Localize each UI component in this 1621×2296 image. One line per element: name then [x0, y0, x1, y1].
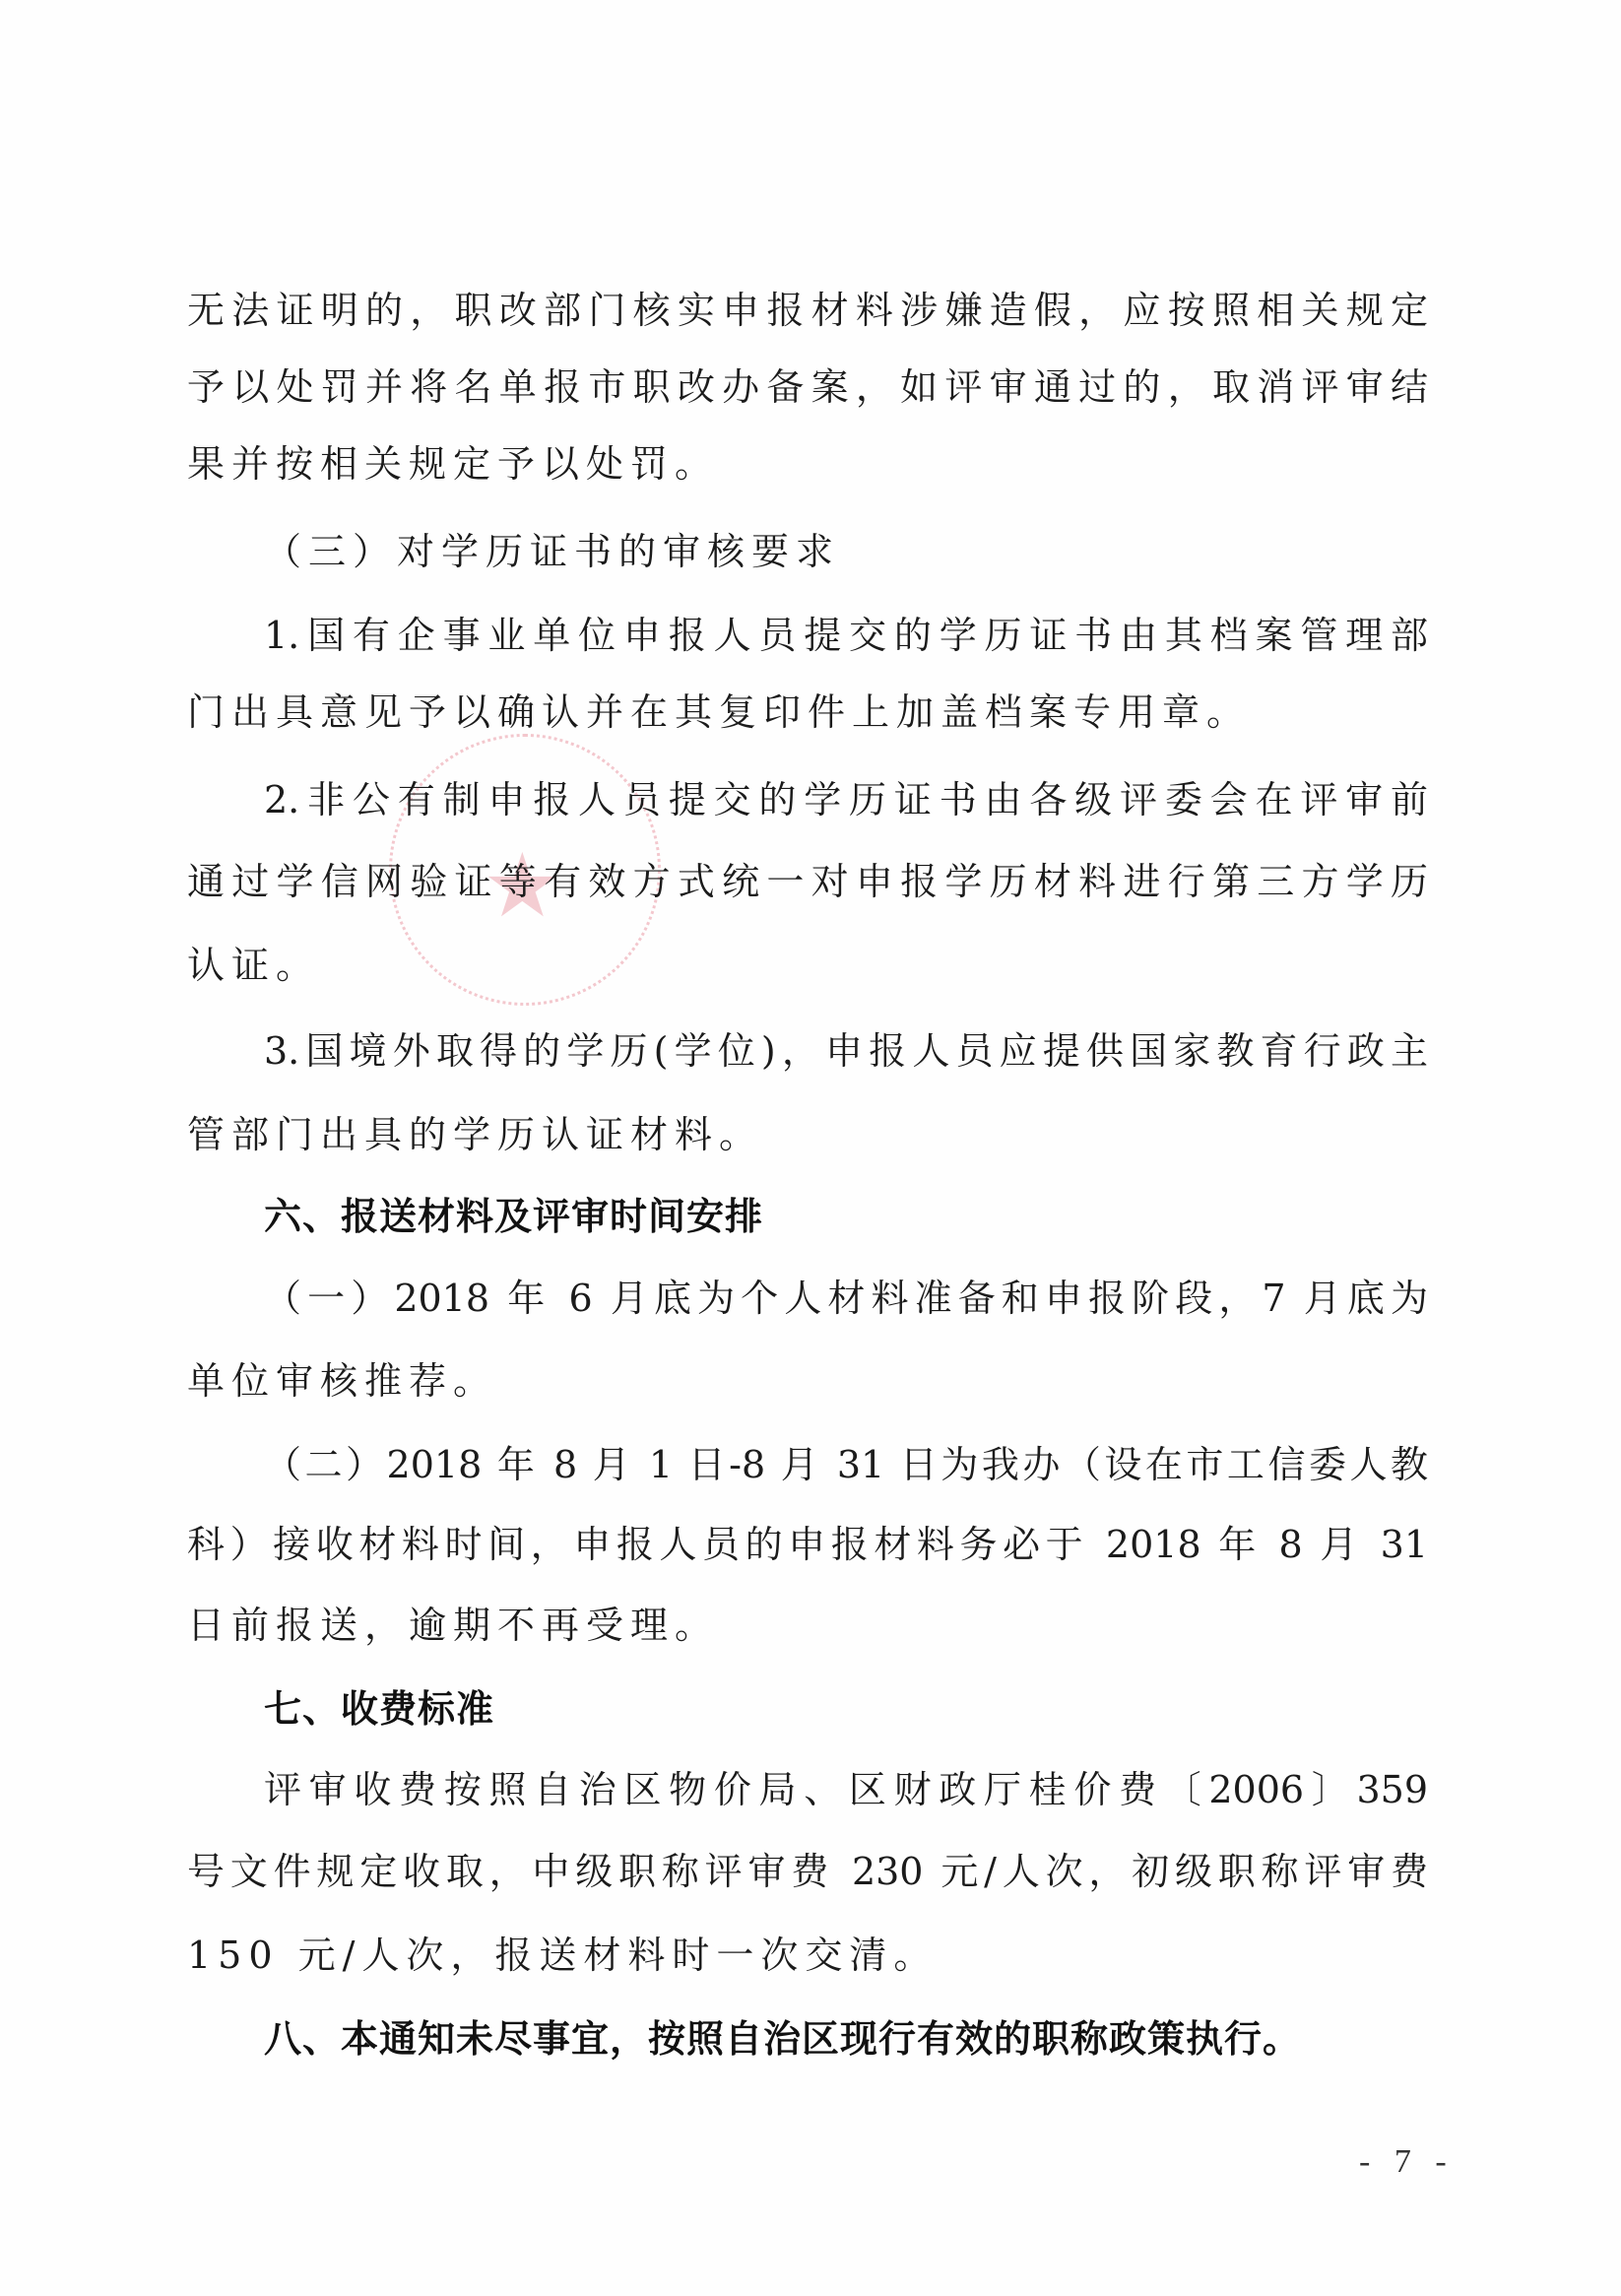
- body-text-line: 无法证明的，职改部门核实申报材料涉嫌造假，应按照相关规定: [187, 286, 1428, 335]
- section-heading-8: 八、本通知未尽事宜，按照自治区现行有效的职称政策执行。: [264, 2014, 1465, 2064]
- body-text-line: 予以处罚并将名单报市职改办备案，如评审通过的，取消评审结: [187, 362, 1428, 412]
- list-item-2-line: 通过学信网验证等有效方式统一对申报学历材料进行第三方学历: [187, 857, 1428, 906]
- schedule-item-2-line: （二）2018 年 8 月 1 日-8 月 31 日为我办（设在市工信委人教: [264, 1440, 1428, 1489]
- section-heading-6: 六、报送材料及评审时间安排: [264, 1192, 1428, 1241]
- list-item-1-line: 1.国有企事业单位申报人员提交的学历证书由其档案管理部: [264, 611, 1428, 660]
- section-heading-7: 七、收费标准: [264, 1684, 1428, 1734]
- body-text-line: 果并按相关规定予以处罚。: [187, 439, 1428, 489]
- schedule-item-2-line: 日前报送，逾期不再受理。: [187, 1601, 1428, 1650]
- schedule-item-1-line: 单位审核推荐。: [187, 1356, 1428, 1406]
- list-item-3-line: 3.国境外取得的学历(学位)，申报人员应提供国家教育行政主: [264, 1026, 1428, 1076]
- list-item-3-line: 管部门出具的学历认证材料。: [187, 1110, 1428, 1159]
- fee-text-line: 评审收费按照自治区物价局、区财政厅桂价费〔2006〕359: [264, 1765, 1428, 1814]
- document-page: ★ 无法证明的，职改部门核实申报材料涉嫌造假，应按照相关规定 予以处罚并将名单报…: [0, 0, 1621, 2296]
- list-item-2-line: 认证。: [187, 941, 1428, 990]
- page-number: - 7 -: [1359, 2143, 1455, 2181]
- subsection-heading: （三）对学历证书的审核要求: [264, 527, 1428, 576]
- schedule-item-2-line: 科）接收材料时间，申报人员的申报材料务必于 2018 年 8 月 31: [187, 1520, 1428, 1569]
- schedule-item-1-line: （一）2018 年 6 月底为个人材料准备和申报阶段，7 月底为: [264, 1274, 1428, 1323]
- list-item-1-line: 门出具意见予以确认并在其复印件上加盖档案专用章。: [187, 688, 1428, 737]
- fee-text-line: 150 元/人次，报送材料时一次交清。: [187, 1931, 1428, 1980]
- list-item-2-line: 2.非公有制申报人员提交的学历证书由各级评委会在评审前: [264, 775, 1428, 824]
- fee-text-line: 号文件规定收取，中级职称评审费 230 元/人次，初级职称评审费: [187, 1847, 1428, 1896]
